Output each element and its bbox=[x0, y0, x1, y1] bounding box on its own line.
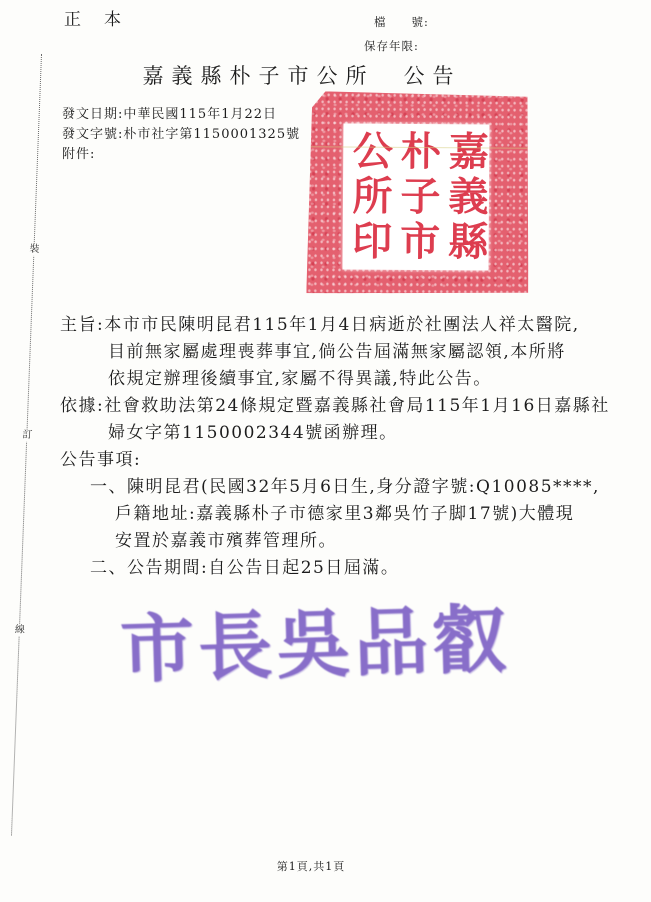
basis-line-1: 依據:社會救助法第24條規定暨嘉義縣社會局115年1月16日嘉縣社 bbox=[60, 393, 635, 420]
doc-number-label: 發文字號: bbox=[62, 127, 123, 142]
page-title: 嘉義縣朴子市公所 公告 bbox=[0, 60, 604, 90]
subject-line-1: 主旨:本市市民陳明昆君115年1月4日病逝於社團法人祥太醫院, bbox=[60, 312, 635, 339]
basis-line-2: 婦女字第1150002344號函辦理。 bbox=[60, 420, 635, 447]
binding-mark-ding: 訂 bbox=[21, 430, 33, 442]
document-meta: 發文日期:中華民國115年1月22日 發文字號:朴市社字第1150001325號… bbox=[62, 105, 300, 165]
binding-dotted-line: 裝 訂 線 bbox=[11, 54, 42, 835]
item-2-line: 二、公告期間:自公告日起25日屆滿。 bbox=[60, 555, 635, 582]
issue-date-label: 發文日期: bbox=[62, 107, 123, 122]
copy-type-label: 正 本 bbox=[64, 5, 124, 30]
doc-number-value: 朴市社字第1150001325號 bbox=[123, 127, 300, 142]
official-seal-stamp: 嘉義縣朴子市公所印 bbox=[306, 91, 529, 295]
binding-mark-zhuang: 裝 bbox=[28, 244, 40, 256]
page-number-footer: 第1頁,共1頁 bbox=[0, 858, 622, 874]
issue-date-line: 發文日期:中華民國115年1月22日 bbox=[62, 105, 300, 125]
subject-line-3: 依規定辦理後續事宜,家屬不得異議,特此公告。 bbox=[60, 366, 635, 393]
item-1-line-3: 安置於嘉義市殯葬管理所。 bbox=[60, 528, 635, 555]
subject-line-2: 目前無家屬處理喪葬事宜,倘公告屆滿無家屬認領,本所將 bbox=[60, 339, 635, 366]
seal-inner-square: 嘉義縣朴子市公所印 bbox=[342, 123, 489, 270]
items-heading: 公告事項: bbox=[60, 447, 635, 474]
item-1-line-2: 戶籍地址:嘉義縣朴子市德家里3鄰吳竹子脚17號)大體現 bbox=[60, 501, 635, 528]
document-page: 正 本 檔 號: 保存年限: 嘉義縣朴子市公所 公告 發文日期:中華民國115年… bbox=[0, 0, 651, 902]
announcement-body: 主旨:本市市民陳明昆君115年1月4日病逝於社團法人祥太醫院, 目前無家屬處理喪… bbox=[60, 312, 635, 582]
retention-period-label: 保存年限: bbox=[364, 38, 419, 54]
issue-date-value: 中華民國115年1月22日 bbox=[123, 107, 277, 122]
item-1-line-1: 一、陳明昆君(民國32年5月6日生,身分證字號:Q10085****, bbox=[60, 474, 635, 501]
attachment-label: 附件: bbox=[62, 147, 95, 162]
mayor-signature-stamp: 市長吳品叡 bbox=[119, 581, 512, 698]
binding-mark-xian: 線 bbox=[14, 624, 26, 636]
attachment-line: 附件: bbox=[62, 145, 300, 165]
doc-number-line: 發文字號:朴市社字第1150001325號 bbox=[62, 125, 300, 145]
file-number-label: 檔 號: bbox=[374, 14, 429, 30]
